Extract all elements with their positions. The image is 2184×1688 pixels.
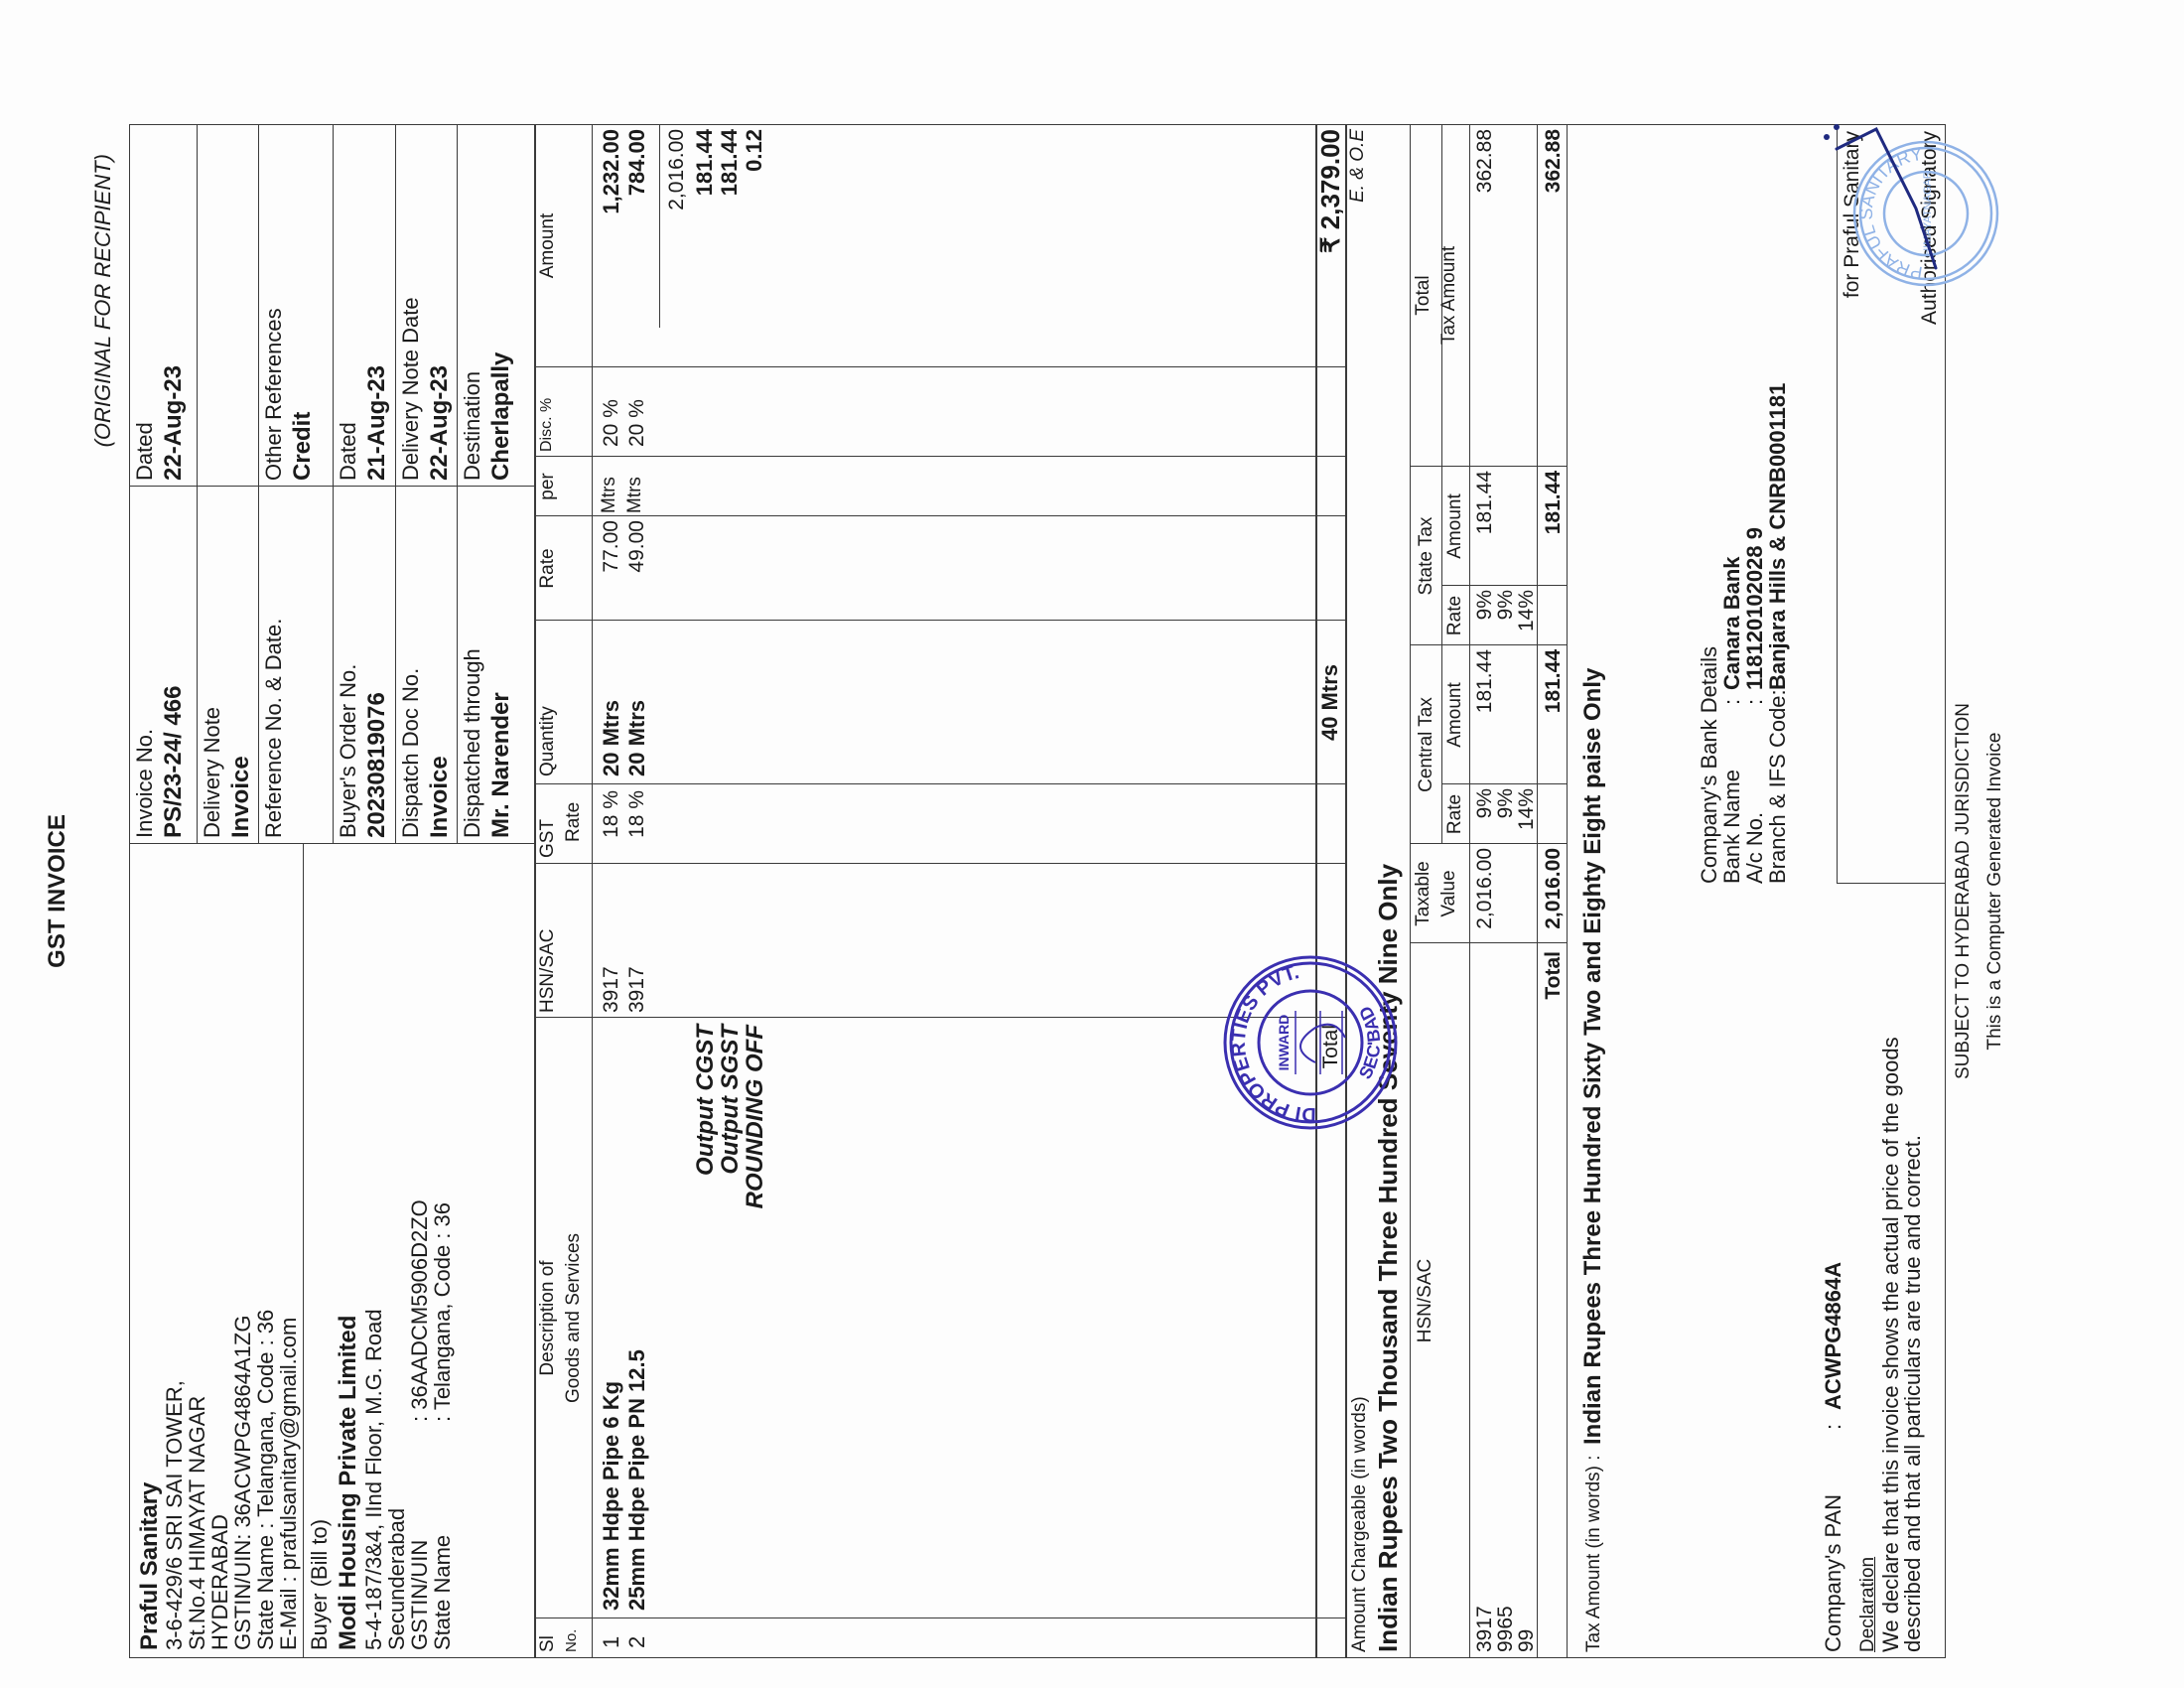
tax-footer-label: Total	[1542, 951, 1565, 1658]
signature-icon	[1817, 119, 1946, 278]
tax-footer-central: 181.44	[1542, 649, 1565, 784]
jurisdiction: SUBJECT TO HYDERABAD JURISDICTION	[1954, 124, 1975, 1658]
state-amount: 181.44	[1473, 471, 1496, 586]
tax-header-hsn: HSN/SAC	[1416, 943, 1436, 1658]
buyer-inward-stamp-icon: INWARD MODI PROPERTIES PVT. LTD. SEC'BAD	[1221, 953, 1400, 1132]
tax-header-state: State Tax	[1417, 467, 1437, 645]
tax-header-total-2: Tax Amount	[1439, 124, 1460, 467]
tax-line-amount: 181.44	[693, 129, 717, 367]
meta-row-line	[197, 124, 198, 844]
items-table-top	[534, 124, 536, 1658]
bank-name: Canara Bank	[1720, 556, 1744, 690]
bank-name-colon: :	[1720, 699, 1744, 705]
col-header-desc: Description of	[538, 1018, 559, 1618]
tax-table-top	[1410, 124, 1411, 1658]
col-line	[534, 783, 1345, 784]
meta-label: Dated	[337, 422, 360, 481]
meta-row-line	[395, 124, 396, 844]
tax-words: Indian Rupees Three Hundred Sixty Two an…	[1580, 668, 1606, 1445]
tax-header-taxable-2: Value	[1439, 844, 1460, 943]
col-line	[534, 515, 1345, 516]
tax-hsn-code: 99	[1515, 1629, 1538, 1652]
meta-value: Cherlapally	[488, 352, 514, 481]
buyer-city: Secunderabad	[385, 1508, 409, 1650]
tax-header-central-amount: Amount	[1445, 645, 1466, 784]
tax-header-central-rate: Rate	[1445, 784, 1466, 844]
meta-value: 20230819076	[364, 692, 390, 838]
svg-text:SEC'BAD: SEC'BAD	[1355, 1003, 1384, 1082]
pan-label: Company's PAN	[1822, 1494, 1845, 1652]
meta-mid-border	[129, 486, 534, 487]
meta-label: Buyer's Order No.	[337, 664, 360, 838]
meta-label: Dispatched through	[461, 648, 484, 838]
account-colon: :	[1743, 699, 1767, 705]
cell-gst: 18 %	[600, 790, 622, 864]
tax-footer-total: 362.88	[1542, 129, 1565, 467]
state-rate: 9%	[1494, 590, 1517, 645]
computer-generated-note: This is a Computer Generated Invoice	[1985, 124, 2006, 1658]
total-tax-amount: 362.88	[1473, 129, 1496, 467]
cell-amount: 1,232.00	[600, 129, 623, 367]
ifsc-label: Branch & IFS Code:	[1766, 689, 1790, 884]
grand-total: ₹ 2,379.00	[1316, 129, 1345, 367]
col-line	[534, 620, 1345, 621]
seller-buyer-divider	[303, 844, 304, 1658]
central-rate: 9%	[1494, 788, 1517, 844]
tax-header-central: Central Tax	[1417, 645, 1437, 844]
items-total-qty: 40 Mtrs	[1318, 621, 1342, 784]
col-header-disc: Disc. %	[538, 398, 556, 452]
buyer-state: : Telangana, Code : 36	[431, 1202, 455, 1422]
tax-line-label: Output SGST	[718, 1025, 744, 1618]
tax-header-total: Total	[1414, 124, 1434, 467]
meta-value: 21-Aug-23	[364, 365, 390, 481]
ifsc-code: Banjara Hills & CNRB0001181	[1766, 383, 1790, 690]
meta-value: Credit	[290, 412, 316, 481]
tax-line-amount: 181.44	[718, 129, 742, 367]
tax-words-label: Tax Amount (in words) :	[1584, 1455, 1605, 1652]
col-header-amount: Amount	[538, 124, 559, 367]
tax-header-state-amount: Amount	[1445, 467, 1466, 586]
cell-desc: 25mm Hdpe Pipe PN 12.5	[625, 1349, 649, 1611]
meta-value: PS/23-24/ 466	[161, 686, 187, 838]
seller-city: HYDERABAD	[208, 1514, 232, 1650]
tax-hsn-code: 9965	[1494, 1606, 1517, 1652]
amount-words-label: Amount Chargeable (in words)	[1350, 1396, 1371, 1652]
subtotal-rule	[659, 124, 660, 328]
central-rate: 9%	[1473, 788, 1496, 844]
buyer-gstin: : 36AADCM5906D2ZO	[408, 1199, 432, 1422]
col-line	[534, 366, 1345, 367]
copy-label: (ORIGINAL FOR RECIPIENT)	[91, 154, 115, 447]
tax-line-amount: 0.12	[743, 129, 766, 367]
meta-value: 22-Aug-23	[161, 365, 187, 481]
tax-header-taxable: Taxable	[1414, 844, 1434, 943]
meta-label: Destination	[461, 371, 484, 481]
cell-sl: 2	[625, 1636, 649, 1648]
tax-taxable-value: 2,016.00	[1473, 848, 1496, 943]
eoe-label: E. & O.E	[1348, 129, 1369, 367]
cell-qty: 20 Mtrs	[625, 700, 649, 776]
tax-header-state-rate: Rate	[1445, 586, 1466, 645]
cell-per: Mtrs	[625, 477, 646, 513]
tax-line-label: Output CGST	[693, 1025, 719, 1618]
account-label: A/c No.	[1743, 812, 1767, 884]
cell-desc: 32mm Hdpe Pipe 6 Kg	[600, 1381, 623, 1611]
col-header-qty: Quantity	[538, 706, 559, 776]
tax-total-bottom	[1567, 124, 1568, 1658]
meta-value: Mr. Narender	[488, 692, 514, 838]
meta-left-border	[129, 843, 534, 844]
col-header-gst-2: Rate	[564, 802, 585, 842]
buyer-address: 5-4-187/3&4, IInd Floor, M.G. Road	[362, 1309, 386, 1650]
col-line	[534, 863, 1345, 864]
seller-state: State Name : Telangana, Code : 36	[254, 1310, 278, 1650]
cell-qty: 20 Mtrs	[600, 700, 623, 776]
cell-rate: 77.00	[600, 520, 622, 621]
col-header-hsn: HSN/SAC	[538, 929, 559, 1013]
seller-name: Praful Sanitary	[137, 1482, 163, 1650]
seller-address-1: 3-6-429/6 SRI SAI TOWER,	[163, 1380, 187, 1650]
central-amount: 181.44	[1473, 649, 1496, 784]
tax-footer-taxable: 2,016.00	[1542, 848, 1565, 943]
meta-label: Invoice No.	[133, 729, 157, 838]
declaration-title: Declaration	[1858, 1557, 1879, 1652]
col-line	[534, 456, 1345, 457]
bank-name-label: Bank Name	[1720, 770, 1744, 884]
seller-address-2: St.No.4 HIMAYAT NAGAR	[186, 1396, 209, 1650]
cell-hsn: 3917	[600, 966, 622, 1013]
svg-text:INWARD: INWARD	[1276, 1015, 1292, 1071]
tax-line-label: ROUNDING OFF	[743, 1025, 768, 1618]
signatory-left	[1837, 883, 1946, 884]
cell-disc: 20 %	[625, 399, 648, 447]
cell-hsn: 3917	[625, 966, 648, 1013]
cell-rate: 49.00	[625, 520, 648, 621]
meta-label: Delivery Note	[201, 707, 224, 838]
cell-gst: 18 %	[625, 790, 648, 864]
invoice-title: GST INVOICE	[45, 124, 70, 1658]
col-line	[534, 1618, 1345, 1618]
buyer-label: Buyer (Bill to)	[308, 1519, 332, 1650]
cell-amount: 784.00	[625, 129, 649, 367]
tax-footer-state: 181.44	[1542, 471, 1565, 586]
tax-total-top	[1537, 124, 1538, 1658]
meta-label: Reference No. & Date.	[262, 619, 286, 838]
central-rate: 14%	[1515, 788, 1538, 844]
account-number: 118120102028 9	[1743, 527, 1767, 690]
cell-disc: 20 %	[600, 399, 622, 447]
meta-row-line	[258, 124, 259, 844]
meta-value: 22-Aug-23	[427, 365, 453, 481]
buyer-state-label: State Name	[431, 1535, 455, 1650]
state-rate: 14%	[1515, 590, 1538, 645]
col-header-gst: GST	[538, 819, 559, 858]
tax-hsn-code: 3917	[1473, 1606, 1496, 1652]
meta-label: Other References	[262, 308, 286, 481]
items-header-bottom	[592, 124, 593, 1658]
cell-sl: 1	[600, 1636, 623, 1648]
invoice-page: GST INVOICE (ORIGINAL FOR RECIPIENT) Pra…	[129, 124, 1946, 1658]
buyer-gstin-label: GSTIN/UIN	[408, 1540, 432, 1650]
pan-value: ACWPG4864A	[1822, 1262, 1845, 1410]
meta-row-line	[457, 124, 458, 844]
seller-gstin: GSTIN/UIN: 36ACWPG4864A1ZG	[231, 1316, 255, 1650]
meta-value: Invoice	[427, 756, 453, 838]
pan-colon: :	[1822, 1424, 1845, 1430]
col-header-rate: Rate	[538, 516, 559, 621]
declaration-line-2: described and that all particulars are t…	[1901, 1135, 1925, 1652]
items-total-bottom	[1345, 124, 1347, 1658]
meta-label: Delivery Note Date	[399, 297, 423, 481]
cell-per: Mtrs	[600, 477, 620, 513]
state-rate: 9%	[1473, 590, 1496, 645]
seller-email: E-Mail : prafulsanitary@gmail.com	[277, 1318, 301, 1650]
meta-label: Dated	[133, 422, 157, 481]
tax-header-bottom	[1469, 124, 1470, 1658]
meta-label: Dispatch Doc No.	[399, 668, 423, 838]
col-header-sl: Sl	[538, 1635, 559, 1652]
buyer-name: Modi Housing Private Limited	[336, 1316, 361, 1650]
meta-value: Invoice	[228, 756, 254, 838]
subtotal-amount: 2,016.00	[665, 129, 688, 367]
col-header-per: per	[538, 457, 559, 516]
col-header-desc-2: Goods and Services	[564, 1018, 585, 1618]
meta-row-line	[333, 124, 334, 844]
bank-title: Company's Bank Details	[1698, 646, 1721, 884]
col-header-sl-2: No.	[564, 1629, 581, 1652]
